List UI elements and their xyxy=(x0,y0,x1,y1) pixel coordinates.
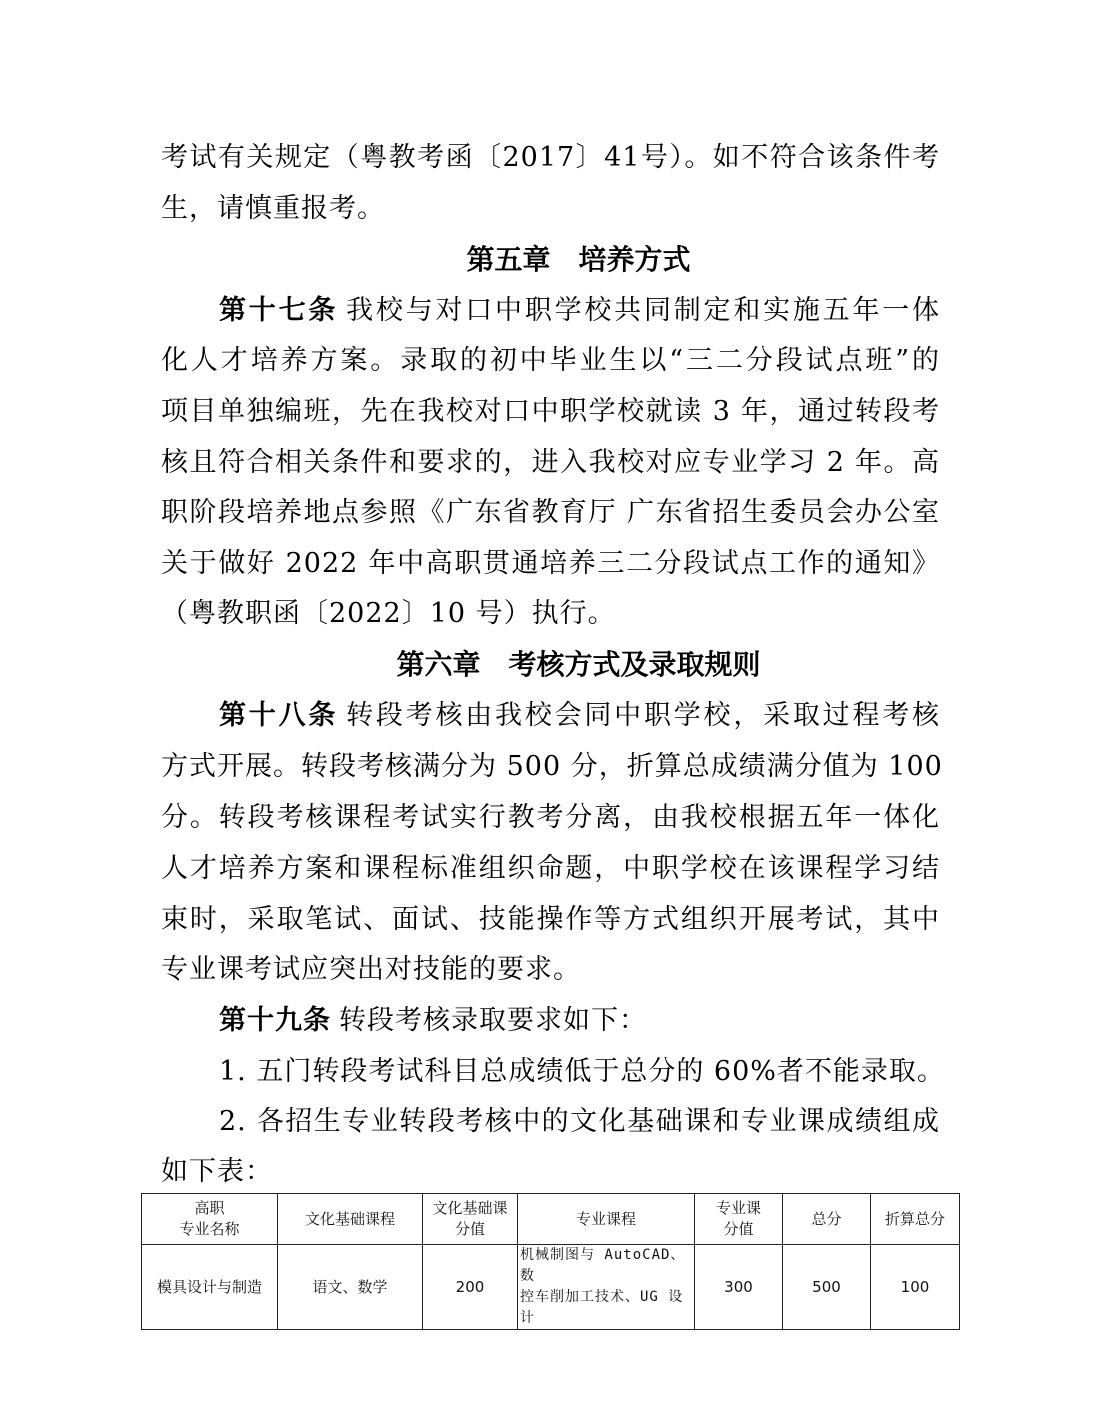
article-19-line: 第十九条转段考核录取要求如下： xyxy=(219,996,940,1046)
cell-converted-total: 100 xyxy=(871,1245,960,1330)
header-text: 分值 xyxy=(425,1219,515,1240)
header-basic-courses: 文化基础课程 xyxy=(278,1194,423,1245)
table-row: 模具设计与制造 语文、数学 200 机械制图与 AutoCAD、数 控车削加工技… xyxy=(142,1245,960,1330)
article-18-line: 方式开展。转段考核满分为 500 分，折算总成绩满分值为 100 xyxy=(161,742,940,792)
header-basic-score: 文化基础课 分值 xyxy=(423,1194,518,1245)
article-18-line: 束时，采取笔试、面试、技能操作等方式组织开展考试，其中 xyxy=(161,895,940,945)
article-19-item-2-cont: 如下表： xyxy=(161,1147,940,1197)
header-text: 高职 xyxy=(144,1198,275,1219)
header-text: 文化基础课 xyxy=(425,1198,515,1219)
cell-pro-courses-line: 机械制图与 AutoCAD、数 xyxy=(520,1245,692,1287)
header-text: 专业课 xyxy=(697,1198,780,1219)
article-18-line: 人才培养方案和课程标准组织命题，中职学校在该课程学习结 xyxy=(161,844,940,894)
cell-pro-score: 300 xyxy=(695,1245,783,1330)
article-19-item-1: 1. 五门转段考试科目总成绩低于总分的 60%者不能录取。 xyxy=(219,1047,940,1097)
header-text: 分值 xyxy=(697,1219,780,1240)
cell-basic-courses: 语文、数学 xyxy=(278,1245,423,1330)
article-17-text: 我校与对口中职学校共同制定和实施五年一体 xyxy=(346,295,940,326)
article-19-text: 转段考核录取要求如下： xyxy=(339,1005,647,1036)
article-17-line: 化人才培养方案。录取的初中毕业生以“三二分段试点班”的 xyxy=(161,336,940,386)
chapter-6-heading: 第六章 考核方式及录取规则 xyxy=(161,640,996,690)
header-major: 高职 专业名称 xyxy=(142,1194,278,1245)
cell-major: 模具设计与制造 xyxy=(142,1245,278,1330)
cell-pro-courses-line: 控车削加工技术、UG 设计 xyxy=(520,1287,692,1329)
article-17-label: 第十七条 xyxy=(219,295,338,326)
cell-basic-score: 200 xyxy=(423,1245,518,1330)
paragraph-line: 生，请慎重报考。 xyxy=(161,184,940,234)
article-18-line: 第十八条转段考核由我校会同中职学校，采取过程考核 xyxy=(219,691,940,741)
article-18-line: 分。转段考核课程考试实行教考分离，由我校根据五年一体化 xyxy=(161,793,940,843)
cell-pro-courses: 机械制图与 AutoCAD、数 控车削加工技术、UG 设计 xyxy=(518,1245,695,1330)
header-total: 总分 xyxy=(783,1194,871,1245)
article-17-line: 核且符合相关条件和要求的，进入我校对应专业学习 2 年。高 xyxy=(161,438,940,488)
document-page: 考试有关规定（粤教考函〔2017〕41号）。如不符合该条件考 生，请慎重报考。 … xyxy=(0,0,1097,1425)
score-composition-table: 高职 专业名称 文化基础课程 文化基础课 分值 专业课程 专业课 分值 总分 折… xyxy=(141,1193,960,1330)
header-text: 文化基础课程 xyxy=(280,1209,420,1230)
article-18-label: 第十八条 xyxy=(219,700,338,731)
chapter-5-heading: 第五章 培养方式 xyxy=(161,235,996,285)
article-18-text: 转段考核由我校会同中职学校，采取过程考核 xyxy=(346,700,940,731)
header-converted-total: 折算总分 xyxy=(871,1194,960,1245)
header-text: 总分 xyxy=(785,1209,868,1230)
article-17-line: 项目单独编班，先在我校对口中职学校就读 3 年，通过转段考 xyxy=(161,387,940,437)
header-text: 折算总分 xyxy=(873,1209,957,1230)
article-19-item-2: 2. 各招生专业转段考核中的文化基础课和专业课成绩组成 xyxy=(219,1097,940,1147)
article-17-line: 关于做好 2022 年中高职贯通培养三二分段试点工作的通知》 xyxy=(161,539,940,589)
header-pro-score: 专业课 分值 xyxy=(695,1194,783,1245)
table-header-row: 高职 专业名称 文化基础课程 文化基础课 分值 专业课程 专业课 分值 总分 折… xyxy=(142,1194,960,1245)
header-text: 专业课程 xyxy=(520,1209,692,1230)
article-17-line: （粤教职函〔2022〕10 号）执行。 xyxy=(161,589,940,639)
cell-total: 500 xyxy=(783,1245,871,1330)
article-17-line: 第十七条我校与对口中职学校共同制定和实施五年一体 xyxy=(219,286,940,336)
paragraph-line: 考试有关规定（粤教考函〔2017〕41号）。如不符合该条件考 xyxy=(161,133,940,183)
article-19-label: 第十九条 xyxy=(219,1005,331,1036)
header-text: 专业名称 xyxy=(144,1219,275,1240)
article-18-line: 专业课考试应突出对技能的要求。 xyxy=(161,945,940,995)
article-17-line: 职阶段培养地点参照《广东省教育厅 广东省招生委员会办公室 xyxy=(161,488,940,538)
header-pro-courses: 专业课程 xyxy=(518,1194,695,1245)
